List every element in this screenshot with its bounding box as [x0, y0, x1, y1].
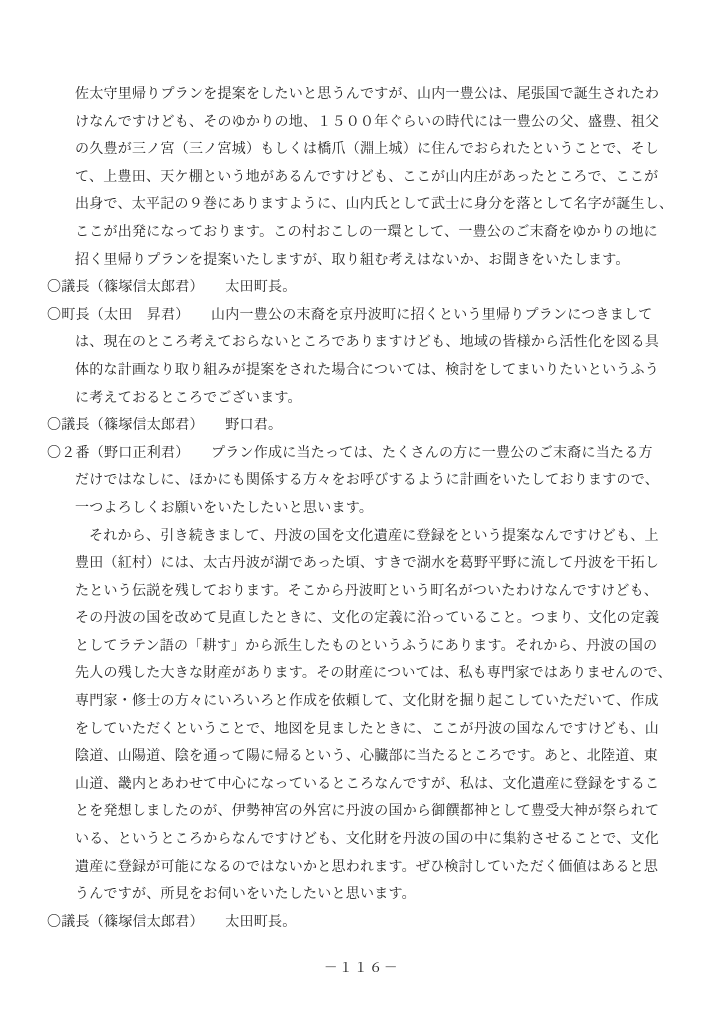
- text-line: 佐太守里帰りプランを提案をしたいと思うんですが、山内一豊公は、尾張国で誕生された…: [0, 81, 723, 109]
- text-line: 山道、畿内とあわせて中心になっているところなんですが、私は、文化遺産に登録をする…: [0, 771, 723, 799]
- text-line: 豊田（紅村）には、太古丹波が湖であった頃、すきで湖水を葛野平野に流して丹波を干拓…: [0, 550, 723, 578]
- text-line: 一つよろしくお願いをいたしたいと思います。: [0, 495, 723, 523]
- text-line: て、上豊田、天ケ棚という地があるんですけども、ここが山内庄があったところで、ここ…: [0, 164, 723, 192]
- text-line: 〇議長（篠塚信太郎君） 太田町長。: [0, 909, 723, 937]
- text-line: それから、引き続きまして、丹波の国を文化遺産に登録をという提案なんですけども、上: [0, 523, 723, 551]
- text-line: その丹波の国を改めて見直したときに、文化の定義に沿っていること。つまり、文化の定…: [0, 605, 723, 633]
- text-line: 体的な計画なり取り組みが提案をされた場合については、検討をしてまいりたいというふ…: [0, 357, 723, 385]
- text-line: 出身で、太平記の９巻にありますように、山内氏として武士に身分を落として名字が誕生…: [0, 191, 723, 219]
- text-line: いる、というところからなんですけども、文化財を丹波の国の中に集約させることで、文…: [0, 826, 723, 854]
- text-line: の久豊が三ノ宮（三ノ宮城）もしくは橋爪（淵上城）に住んでおられたということで、そ…: [0, 136, 723, 164]
- minutes-text-block: 佐太守里帰りプランを提案をしたいと思うんですが、山内一豊公は、尾張国で誕生された…: [0, 81, 723, 936]
- text-line: けなんですけども、そのゆかりの地、１５００年ぐらいの時代には一豊公の父、盛豊、祖…: [0, 109, 723, 137]
- text-line: に考えておるところでございます。: [0, 385, 723, 413]
- text-line: 〇議長（篠塚信太郎君） 太田町長。: [0, 274, 723, 302]
- text-line: 陰道、山陽道、陰を通って陽に帰るという、心臓部に当たるところです。あと、北陸道、…: [0, 743, 723, 771]
- text-line: とを発想しましたのが、伊勢神宮の外宮に丹波の国から御饌都神として豊受大神が祭られ…: [0, 798, 723, 826]
- text-line: としてラテン語の「耕す」から派生したものというふうにあります。それから、丹波の国…: [0, 633, 723, 661]
- text-line: たという伝説を残しております。そこから丹波町という町名がついたわけなんですけども…: [0, 578, 723, 606]
- text-line: うんですが、所見をお伺いをいたしたいと思います。: [0, 881, 723, 909]
- text-line: だけではなしに、ほかにも関係する方々をお呼びするように計画をいたしておりますので…: [0, 467, 723, 495]
- text-line: は、現在のところ考えておらないところでありますけども、地域の皆様から活性化を図る…: [0, 329, 723, 357]
- text-line: ここが出発になっております。この村おこしの一環として、一豊公のご末裔をゆかりの地…: [0, 219, 723, 247]
- document-page: 佐太守里帰りプランを提案をしたいと思うんですが、山内一豊公は、尾張国で誕生された…: [0, 0, 723, 1024]
- text-line: 〇町長（太田 昇君） 山内一豊公の末裔を京丹波町に招くという里帰りプランにつきま…: [0, 302, 723, 330]
- text-line: 招く里帰りプランを提案いたしますが、取り組む考えはないか、お聞きをいたします。: [0, 247, 723, 275]
- text-line: をしていただくということで、地図を見ましたときに、ここが丹波の国なんですけども、…: [0, 716, 723, 744]
- text-line: 先人の残した大きな財産があります。その財産については、私も専門家ではありませんの…: [0, 660, 723, 688]
- text-line: 〇２番（野口正利君） プラン作成に当たっては、たくさんの方に一豊公のご末裔に当た…: [0, 440, 723, 468]
- text-line: 遺産に登録が可能になるのではないかと思われます。ぜひ検討していただく価値はあると…: [0, 854, 723, 882]
- text-line: 専門家・修士の方々にいろいろと作成を依頼して、文化財を掘り起こしていただいて、作…: [0, 688, 723, 716]
- page-number: －１１６－: [0, 956, 723, 976]
- text-line: 〇議長（篠塚信太郎君） 野口君。: [0, 412, 723, 440]
